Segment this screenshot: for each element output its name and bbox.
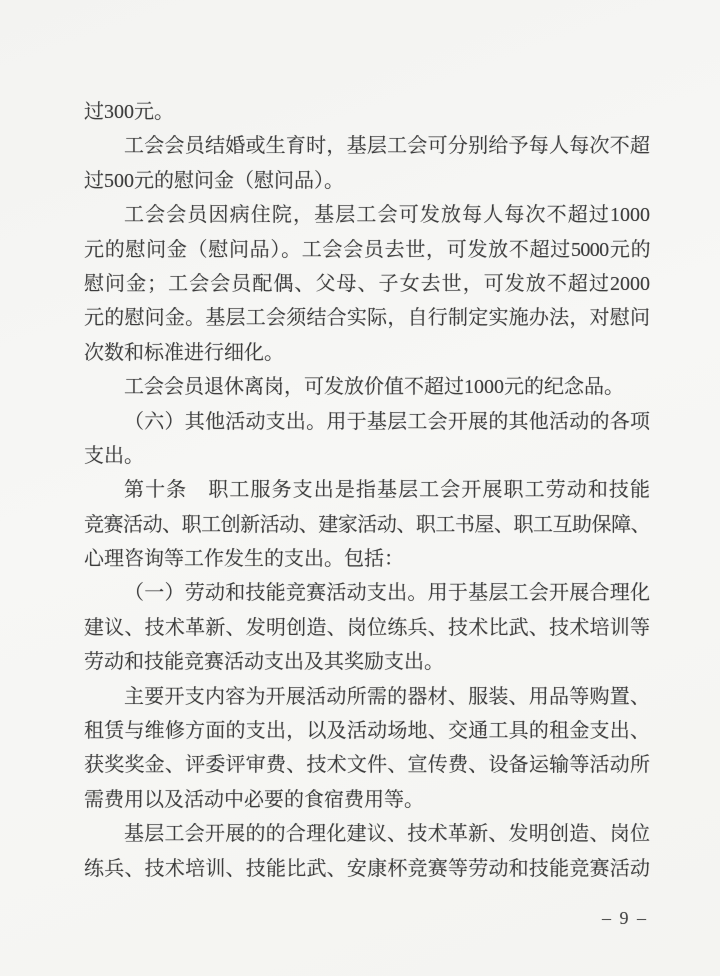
scanned-document-page: 过300元。工会会员结婚或生育时，基层工会可分别给予每人每次不超过500元的慰问… <box>0 0 720 976</box>
text-line: 心理咨询等工作发生的支出。包括： <box>84 542 650 576</box>
text-line: 支出。 <box>84 439 650 473</box>
text-line: 元的慰问金（慰问品）。工会会员去世，可发放不超过5000元的 <box>84 233 650 267</box>
text-line: 次数和标准进行细化。 <box>84 336 650 370</box>
text-line: 元的慰问金。基层工会须结合实际，自行制定实施办法，对慰问 <box>84 301 650 335</box>
text-line: 工会会员因病住院，基层工会可发放每人每次不超过1000 <box>84 198 650 232</box>
text-line: （六）其他活动支出。用于基层工会开展的其他活动的各项 <box>84 405 650 439</box>
text-line: 工会会员退休离岗，可发放价值不超过1000元的纪念品。 <box>84 370 650 404</box>
text-line: 竞赛活动、职工创新活动、建家活动、职工书屋、职工互助保障、 <box>84 508 650 542</box>
text-line: 基层工会开展的的合理化建议、技术革新、发明创造、岗位 <box>84 817 650 851</box>
text-line: 过500元的慰问金（慰问品）。 <box>84 164 650 198</box>
text-lines: 过300元。工会会员结婚或生育时，基层工会可分别给予每人每次不超过500元的慰问… <box>84 95 650 886</box>
text-line: 建议、技术革新、发明创造、岗位练兵、技术比武、技术培训等 <box>84 611 650 645</box>
text-line: 第十条 职工服务支出是指基层工会开展职工劳动和技能 <box>84 473 650 507</box>
text-line: 练兵、技术培训、技能比武、安康杯竞赛等劳动和技能竞赛活动 <box>84 852 650 886</box>
text-line: 劳动和技能竞赛活动支出及其奖励支出。 <box>84 645 650 679</box>
text-line: 过300元。 <box>84 95 650 129</box>
text-line: （一）劳动和技能竞赛活动支出。用于基层工会开展合理化 <box>84 576 650 610</box>
text-line: 需费用以及活动中必要的食宿费用等。 <box>84 783 650 817</box>
text-line: 工会会员结婚或生育时，基层工会可分别给予每人每次不超 <box>84 129 650 163</box>
page-number: – 9 – <box>602 908 648 929</box>
text-line: 租赁与维修方面的支出，以及活动场地、交通工具的租金支出、 <box>84 714 650 748</box>
text-line: 获奖奖金、评委评审费、技术文件、宣传费、设备运输等活动所 <box>84 748 650 782</box>
text-line: 慰问金；工会会员配偶、父母、子女去世，可发放不超过2000 <box>84 267 650 301</box>
text-line: 主要开支内容为开展活动所需的器材、服装、用品等购置、 <box>84 680 650 714</box>
